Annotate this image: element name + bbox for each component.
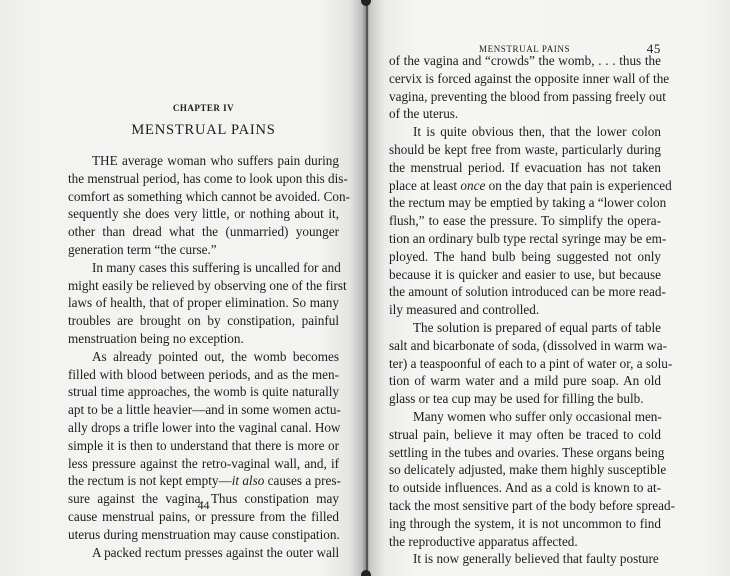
text-line: of the vagina and “crowds” the womb, . .… [389,52,661,70]
text-line: tion an ordinary bulb type rectal syring… [389,230,661,248]
text-line: The solution is prepared of equal parts … [389,319,661,337]
text-line: strual time approaches, the womb is quit… [68,383,339,401]
text-line: simple it is then to understand that the… [68,437,339,455]
text-line: ter) a teaspoonful of each to a pint of … [389,355,661,373]
text-line: A packed rectum presses against the oute… [68,544,339,562]
text-line: flush,” to ease the pressure. To simplif… [389,212,661,230]
text-line: so delicately adjusted, make them highly… [389,461,661,479]
text-line: strual pain, believe it may often be tra… [389,426,661,444]
text-line: the reproductive apparatus affected. [389,533,661,551]
text-line: filled with blood between periods, and a… [68,366,339,384]
text-line: apt to be a little heavier—and in some w… [68,401,339,419]
text-line: sequently she does very little, or nothi… [68,205,339,223]
text-line: ployed. The hand bulb being suggested no… [389,248,661,266]
gutter-shadow-bottom [361,570,371,576]
text-line: might easily be relieved by observing on… [68,277,339,295]
text-line: In many cases this suffering is uncalled… [68,259,339,277]
text-line: the menstrual period. If evacuation has … [389,159,661,177]
text-line: tion of warm water and a mild pure soap.… [389,372,661,390]
text-line: the rectum is not kept empty—it also cau… [68,472,339,490]
text-line: As already pointed out, the womb becomes [68,348,339,366]
text-line: troubles are brought on by constipation,… [68,312,339,330]
text-line: THE average woman who suffers pain durin… [68,152,339,170]
text-line: menstruation being no exception. [68,330,339,348]
text-line: tack the most sensitive part of the body… [389,497,661,515]
text-line: the amount of solution introduced can be… [389,283,661,301]
text-line: of the uterus. [389,105,661,123]
text-line: to outside influences. And as a cold is … [389,479,661,497]
text-line: other than dread what the (unmarried) yo… [68,223,339,241]
text-line: should be kept free from waste, particul… [389,141,661,159]
text-line: ily measured and controlled. [389,301,661,319]
text-line: It is now generally believed that faulty… [389,550,661,568]
text-line: salt and bicarbonate of soda, (dissolved… [389,337,661,355]
right-page-body: of the vagina and “crowds” the womb, . .… [389,52,661,568]
text-line: place at least once on the day that pain… [389,177,661,195]
book-gutter [366,0,368,576]
right-page: MENSTRUAL PAINS 45 of the vagina and “cr… [389,0,661,576]
text-line: less pressure against the retro-vaginal … [68,455,339,473]
text-line: ing through the system, it is not uncomm… [389,515,661,533]
text-line: because it is quicker and easier to use,… [389,266,661,284]
chapter-label: CHAPTER IV [68,103,339,113]
text-line: settling in the tubes and ovaries. These… [389,444,661,462]
text-line: glass or tea cup may be used for filling… [389,390,661,408]
text-line: the rectum may be emptied by taking a “l… [389,194,661,212]
text-line: Many women who suffer only occasional me… [389,408,661,426]
text-line: cervix is forced against the opposite in… [389,70,661,88]
text-line: comfort as something which cannot be avo… [68,188,339,206]
text-line: the menstrual period, has come to look u… [68,170,339,188]
text-line: uterus during menstruation may cause con… [68,526,339,544]
text-line: ally drops a trifle lower into the vagin… [68,419,339,437]
page-number-left: 44 [68,498,339,513]
chapter-title: MENSTRUAL PAINS [68,122,339,139]
text-line: laws of health, that of proper eliminati… [68,294,339,312]
left-page: CHAPTER IV MENSTRUAL PAINS THE average w… [68,0,339,576]
text-line: generation term “the curse.” [68,241,339,259]
text-line: vagina, preventing the blood from passin… [389,88,661,106]
text-line: It is quite obvious then, that the lower… [389,123,661,141]
